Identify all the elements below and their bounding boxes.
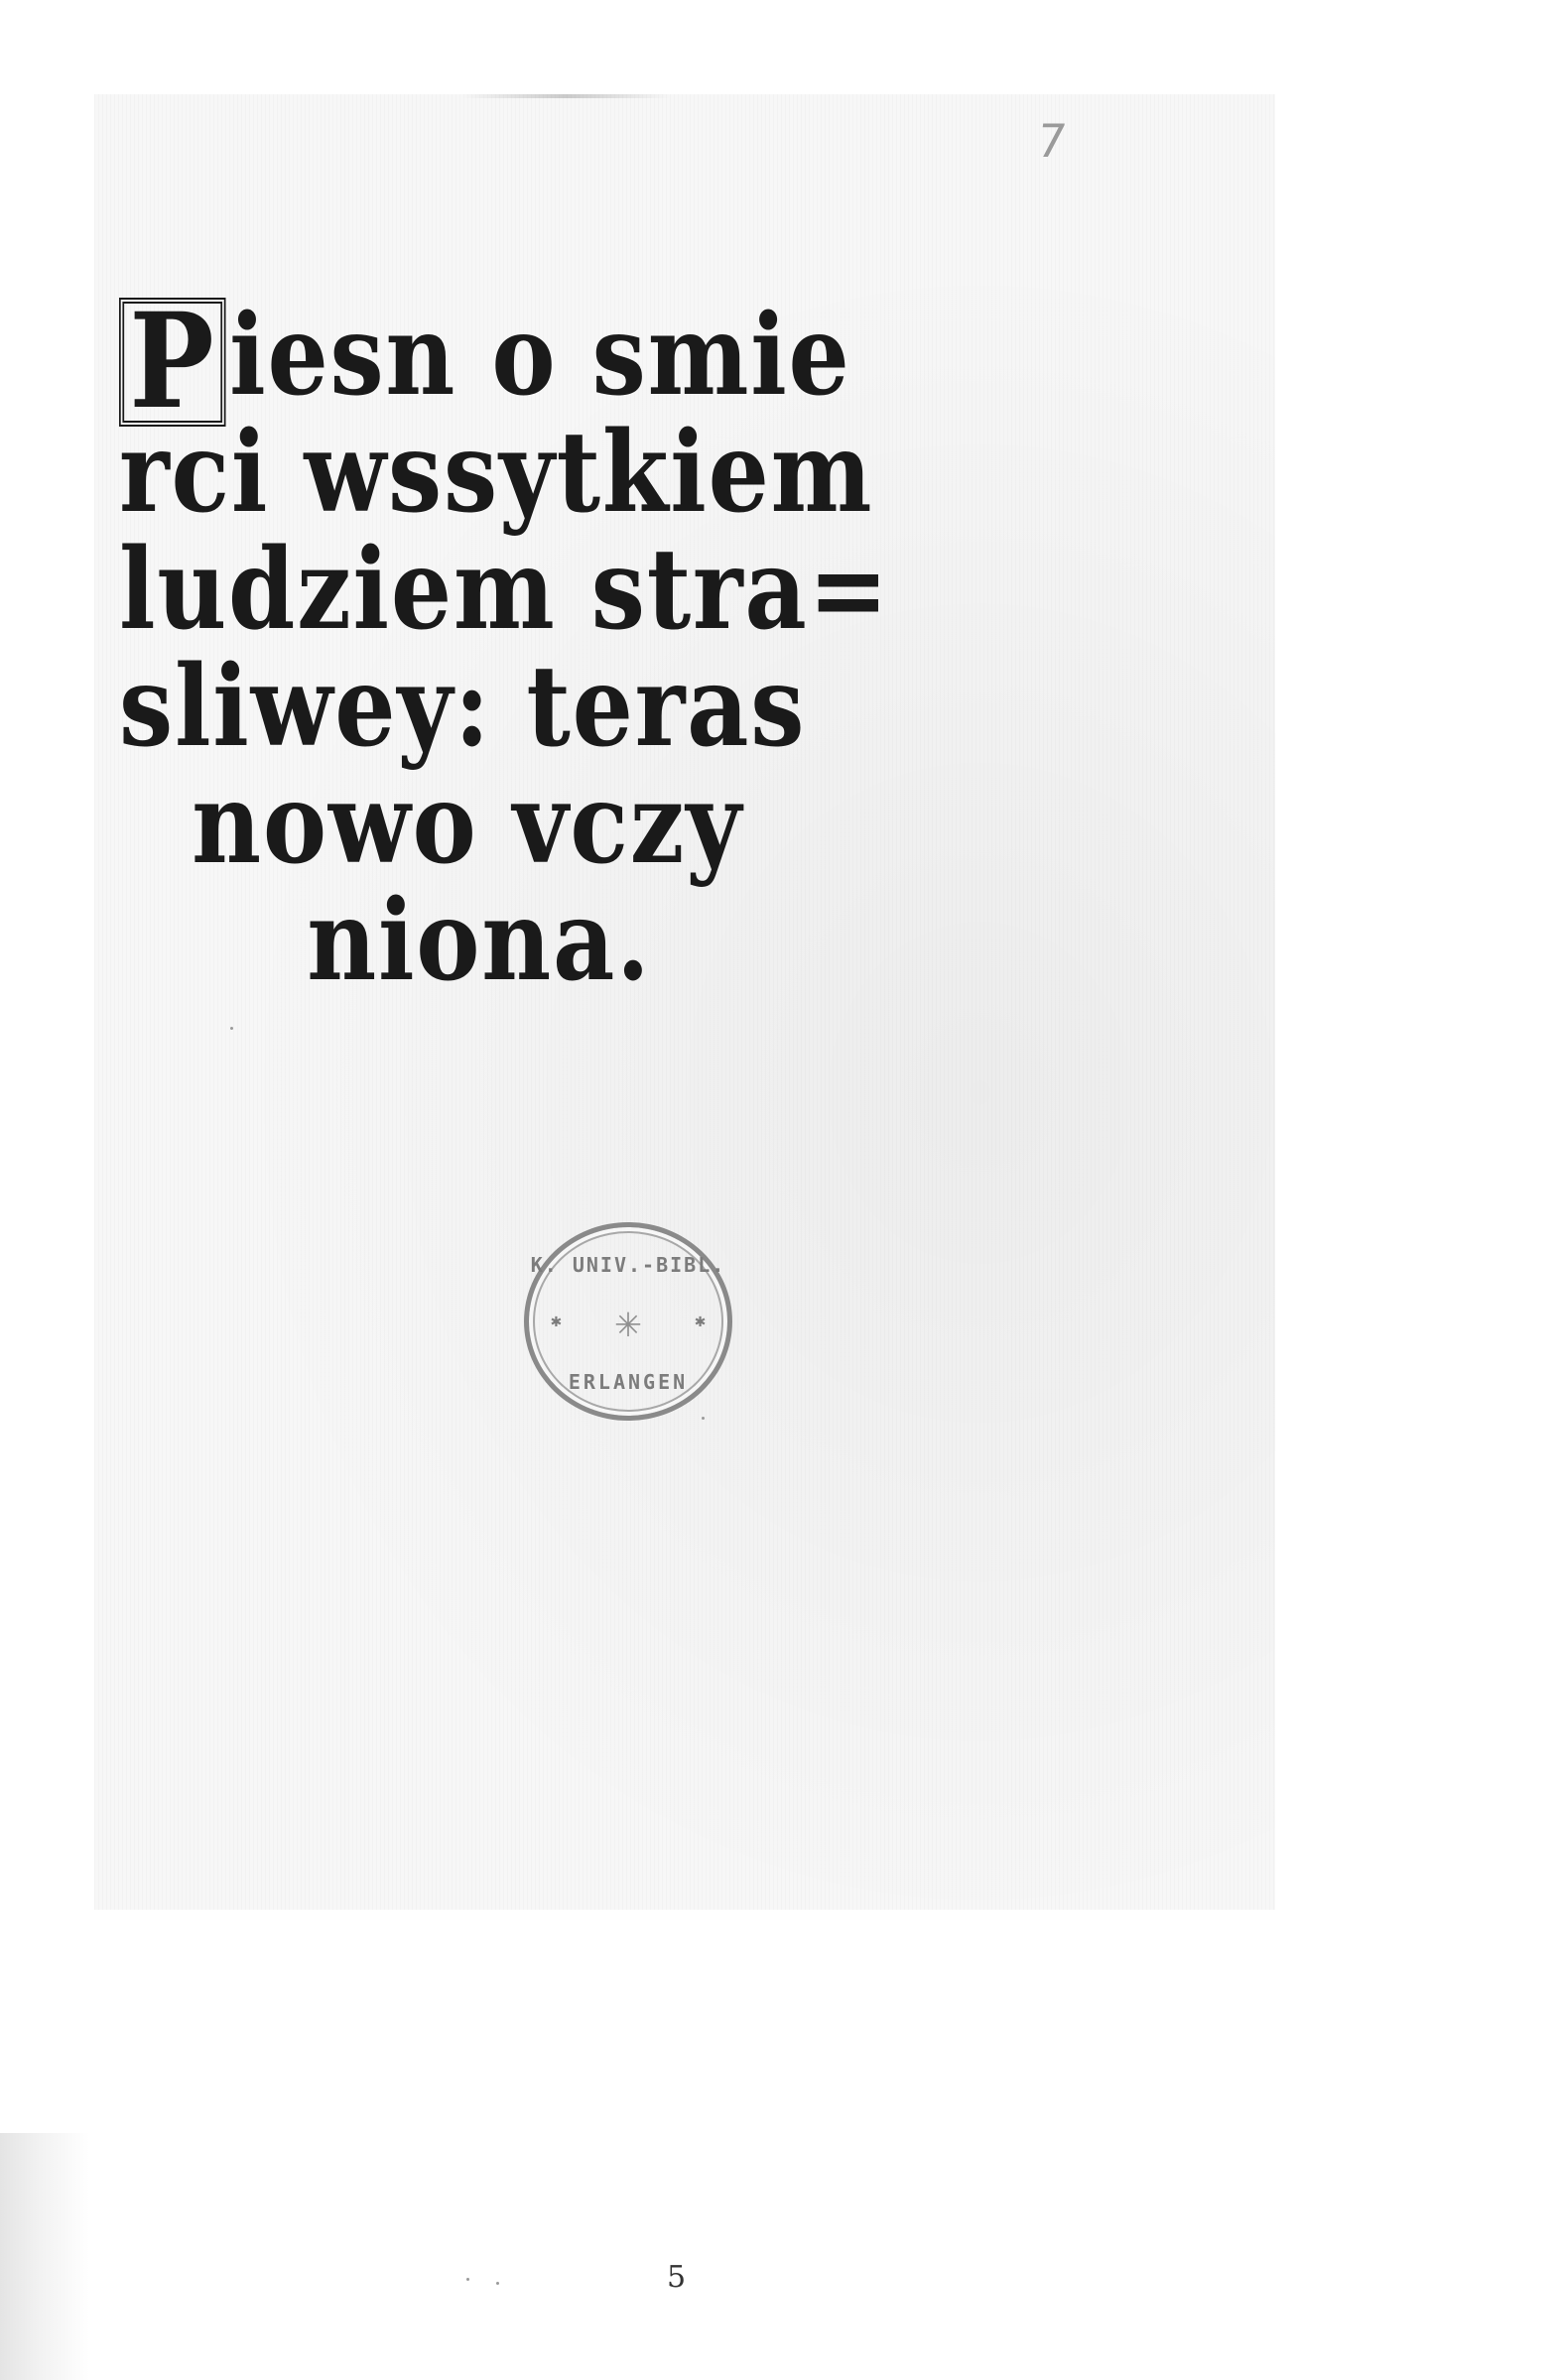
blackletter-title: Piesn o smie rci wssytkiem ludziem stra=… [119,298,1072,1000]
title-line-4: sliwey: teras [119,649,939,766]
page-number: 5 [667,2260,686,2295]
title-line-1-text: iesn o smie [229,291,850,421]
ink-speck [496,2282,499,2285]
scan-streak [461,94,670,98]
ink-speck [702,1417,705,1420]
title-line-2: rci wssytkiem [119,415,939,532]
stamp-top-text: K. UNIV.-BIBL. [529,1253,727,1277]
title-line-1: Piesn o smie [119,298,939,415]
ink-speck [466,2278,469,2281]
page-edge-shadow [0,2133,89,2380]
title-line-6: niona. [119,883,939,1000]
title-line-5: nowo vczy [119,766,939,883]
ink-speck [230,1027,233,1030]
stamp-bottom-text: ERLANGEN [529,1370,727,1394]
title-line-3: ludziem stra= [119,532,939,649]
stamp-star-right-icon: ✱ [695,1311,706,1331]
library-stamp: K. UNIV.-BIBL. ✱ ✳ ✱ ERLANGEN [524,1222,732,1421]
